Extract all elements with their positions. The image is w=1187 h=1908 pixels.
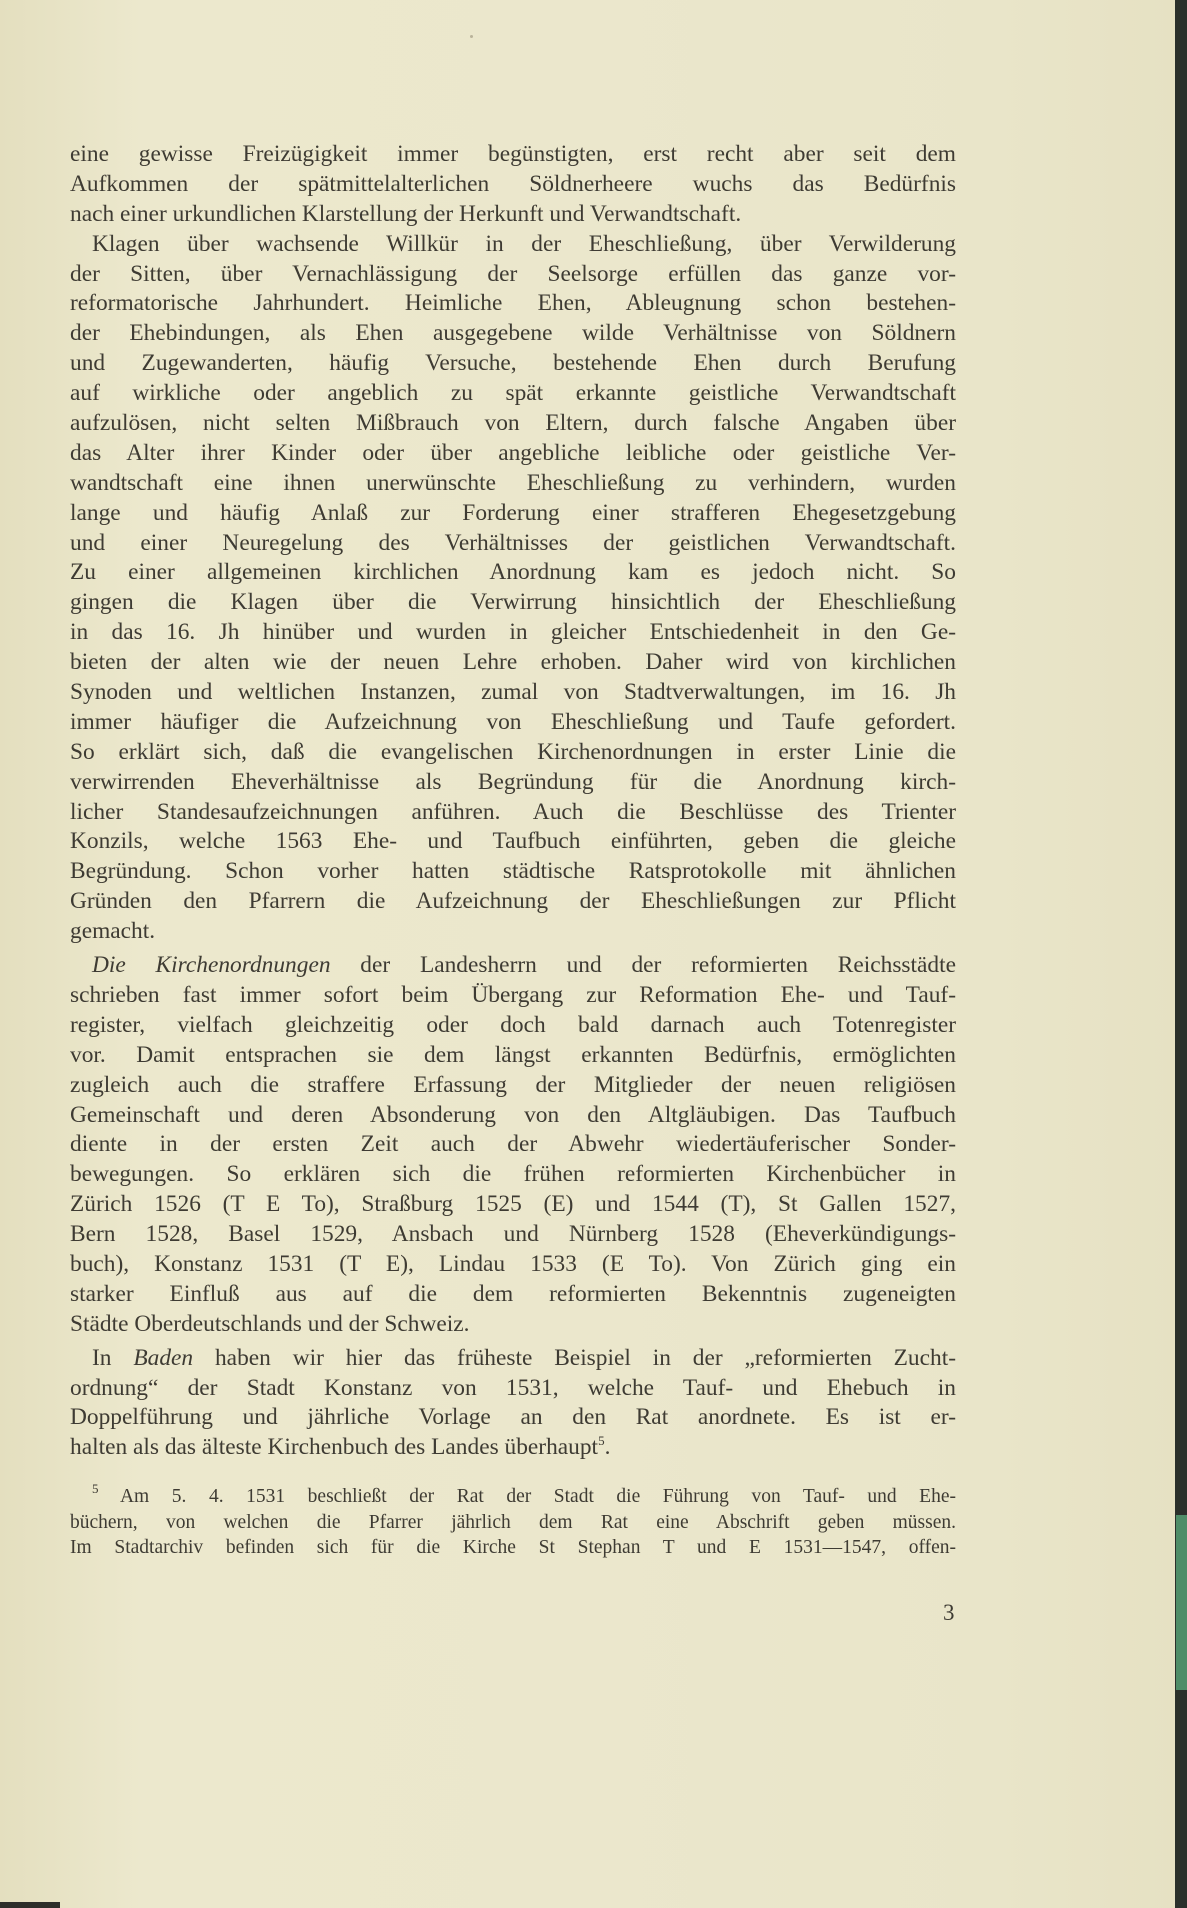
text-line: bewegungen. So erklären sich die frühen … bbox=[70, 1160, 956, 1190]
text-line: lange und häufig Anlaß zur Forderung ein… bbox=[70, 499, 956, 529]
text-line: verwirrenden Eheverhältnisse als Begründ… bbox=[70, 768, 956, 798]
text-line: Zu einer allgemeinen kirchlichen Anordnu… bbox=[70, 558, 956, 588]
book-cover-edge bbox=[1176, 1515, 1187, 1690]
text-line: gemacht. bbox=[70, 917, 956, 947]
text-line: und einer Neuregelung des Verhältnisses … bbox=[70, 529, 956, 559]
paragraph-2: Klagen über wachsende Willkür in der Ehe… bbox=[70, 230, 956, 947]
text-line: ordnung“ der Stadt Konstanz von 1531, we… bbox=[70, 1374, 956, 1404]
text-line: reformatorische Jahrhundert. Heimliche E… bbox=[70, 289, 956, 319]
text-line: nach einer urkundlichen Klarstellung der… bbox=[70, 200, 956, 230]
footnote-line: 5 Am 5. 4. 1531 beschließt der Rat der S… bbox=[70, 1484, 956, 1510]
footnotes: 5 Am 5. 4. 1531 beschließt der Rat der S… bbox=[70, 1484, 956, 1561]
text-line: licher Standesaufzeichnungen anführen. A… bbox=[70, 798, 956, 828]
text-line: immer häufiger die Aufzeichnung von Ehes… bbox=[70, 708, 956, 738]
text-line: diente in der ersten Zeit auch der Abweh… bbox=[70, 1130, 956, 1160]
paragraph-4: In Baden haben wir hier das früheste Bei… bbox=[70, 1344, 956, 1464]
text-line: Zürich 1526 (T E To), Straßburg 1525 (E)… bbox=[70, 1190, 956, 1220]
text-line: Die Kirchenordnungen der Landesherrn und… bbox=[70, 951, 956, 981]
emphasis-kirchenordnungen: Die Kirchenordnungen bbox=[92, 952, 331, 978]
text-line: aufzulösen, nicht selten Mißbrauch von E… bbox=[70, 409, 956, 439]
text-line: eine gewisse Freizügigkeit immer begünst… bbox=[70, 140, 956, 170]
text-line: vor. Damit entsprachen sie dem längst er… bbox=[70, 1041, 956, 1071]
text-line: Synoden und weltlichen Instanzen, zumal … bbox=[70, 678, 956, 708]
text-line: halten als das älteste Kirchenbuch des L… bbox=[70, 1433, 956, 1463]
footnote-line: büchern, von welchen die Pfarrer jährlic… bbox=[70, 1510, 956, 1536]
text-line: Doppelführung und jährliche Vorlage an d… bbox=[70, 1403, 956, 1433]
text-line: schrieben fast immer sofort beim Übergan… bbox=[70, 981, 956, 1011]
footnote-5: 5 Am 5. 4. 1531 beschließt der Rat der S… bbox=[70, 1484, 956, 1561]
text-line: der Sitten, über Vernachlässigung der Se… bbox=[70, 260, 956, 290]
text-line: wandtschaft eine ihnen unerwünschte Ehes… bbox=[70, 469, 956, 499]
paragraph-1: eine gewisse Freizügigkeit immer begünst… bbox=[70, 140, 956, 230]
body-text: eine gewisse Freizügigkeit immer begünst… bbox=[70, 140, 956, 1463]
text-line: Gründen den Pfarrern die Aufzeichnung de… bbox=[70, 887, 956, 917]
book-page: eine gewisse Freizügigkeit immer begünst… bbox=[0, 0, 1175, 1908]
text-line: das Alter ihrer Kinder oder über angebli… bbox=[70, 439, 956, 469]
paper-speck bbox=[470, 35, 473, 38]
emphasis-baden: Baden bbox=[133, 1345, 193, 1371]
paragraph-3: Die Kirchenordnungen der Landesherrn und… bbox=[70, 951, 956, 1340]
text-line: auf wirkliche oder angeblich zu spät erk… bbox=[70, 379, 956, 409]
text-line: Klagen über wachsende Willkür in der Ehe… bbox=[70, 230, 956, 260]
text-line: Bern 1528, Basel 1529, Ansbach und Nürnb… bbox=[70, 1220, 956, 1250]
text-line: So erklärt sich, daß die evangelischen K… bbox=[70, 738, 956, 768]
text-line: in das 16. Jh hinüber und wurden in glei… bbox=[70, 618, 956, 648]
text-line: Städte Oberdeutschlands und der Schweiz. bbox=[70, 1310, 956, 1340]
text-line: und Zugewanderten, häufig Versuche, best… bbox=[70, 349, 956, 379]
text-line: Konzils, welche 1563 Ehe- und Taufbuch e… bbox=[70, 827, 956, 857]
footnote-line: Im Stadtarchiv befinden sich für die Kir… bbox=[70, 1535, 956, 1561]
text-line: zugleich auch die straffere Erfassung de… bbox=[70, 1071, 956, 1101]
text-line: starker Einfluß aus auf die dem reformie… bbox=[70, 1280, 956, 1310]
text-line: bieten der alten wie der neuen Lehre erh… bbox=[70, 648, 956, 678]
text-line: Aufkommen der spätmittelalterlichen Söld… bbox=[70, 170, 956, 200]
text-line: Begründung. Schon vorher hatten städtisc… bbox=[70, 857, 956, 887]
text-line: In Baden haben wir hier das früheste Bei… bbox=[70, 1344, 956, 1374]
text-line: gingen die Klagen über die Verwirrung hi… bbox=[70, 588, 956, 618]
text-line: register, vielfach gleichzeitig oder doc… bbox=[70, 1011, 956, 1041]
text-line: Gemeinschaft und deren Absonderung von d… bbox=[70, 1101, 956, 1131]
scan-shadow bbox=[0, 1902, 60, 1908]
page-number: 3 bbox=[943, 1600, 955, 1626]
text-line: der Ehebindungen, als Ehen ausgegebene w… bbox=[70, 319, 956, 349]
text-line: buch), Konstanz 1531 (T E), Lindau 1533 … bbox=[70, 1250, 956, 1280]
